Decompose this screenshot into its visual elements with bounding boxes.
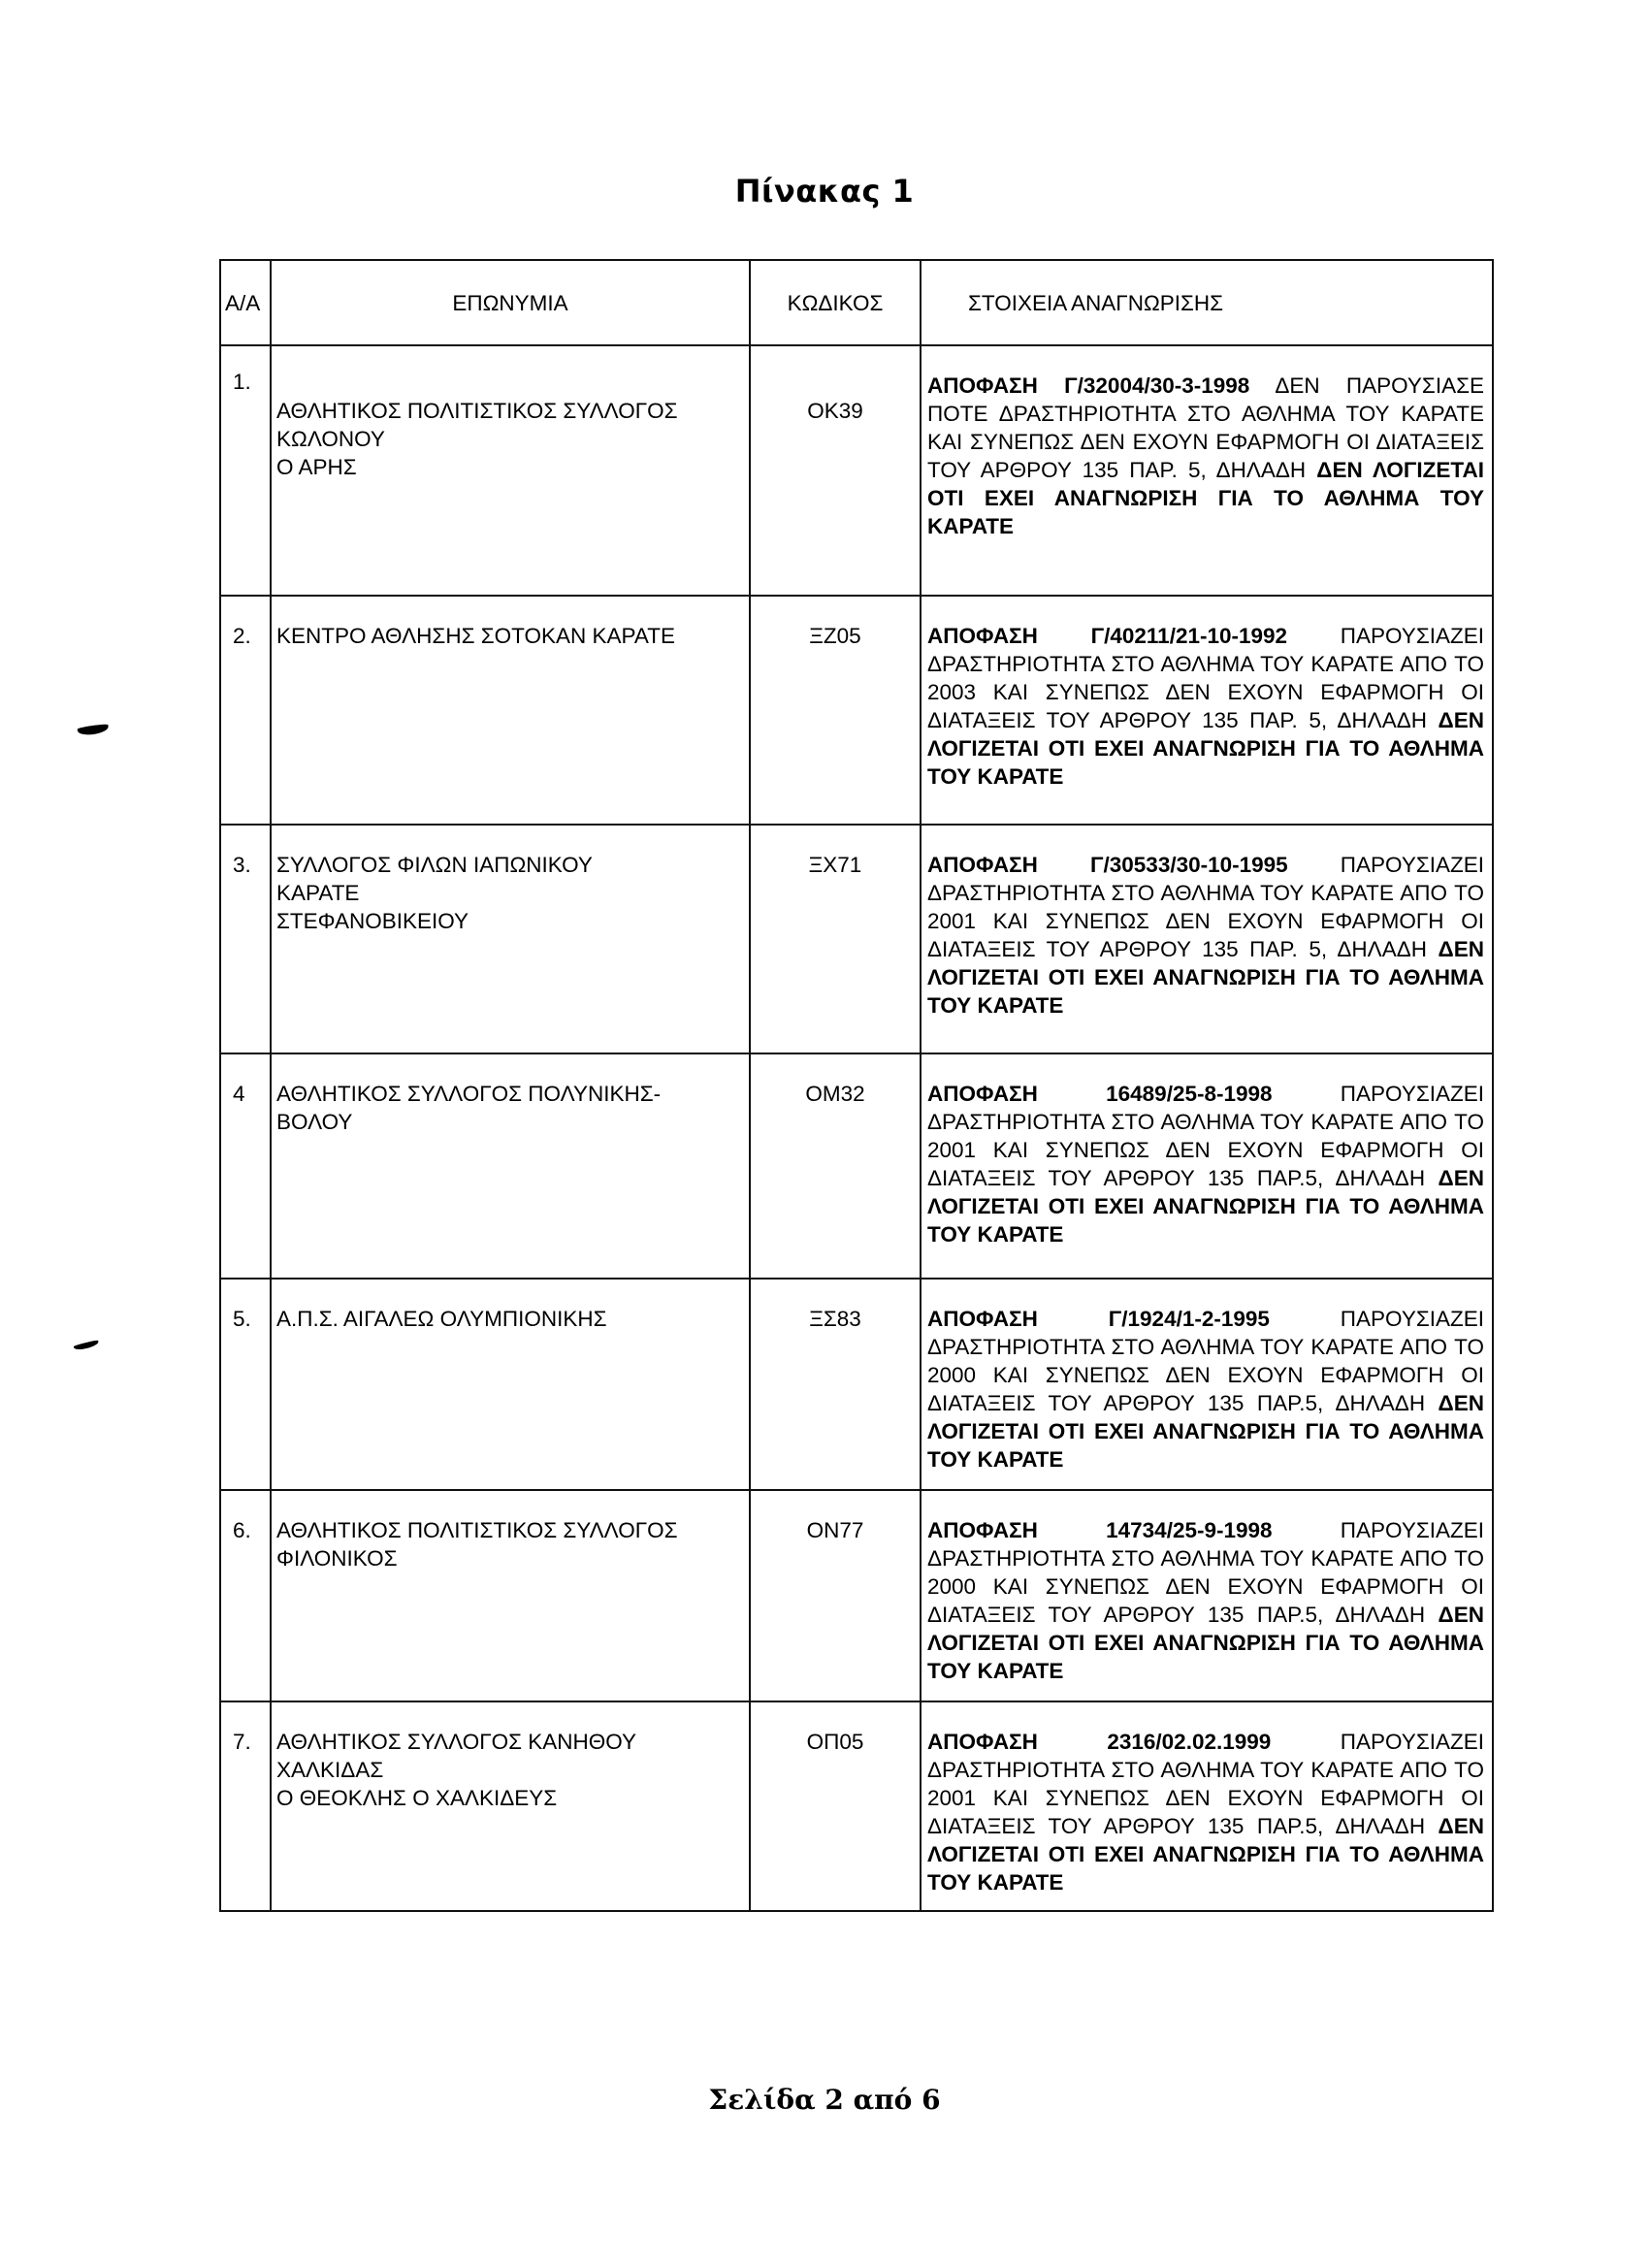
club-name-line: ΒΟΛΟΥ xyxy=(276,1108,741,1136)
table-header-row: Α/Α ΕΠΩΝΥΜΙΑ ΚΩΔΙΚΟΣ ΣΤΟΙΧΕΙΑ ΑΝΑΓΝΩΡΙΣΗ… xyxy=(220,260,1493,345)
decision-reference: 2316/02.02.1999 xyxy=(1107,1730,1271,1754)
clubs-table: Α/Α ΕΠΩΝΥΜΙΑ ΚΩΔΙΚΟΣ ΣΤΟΙΧΕΙΑ ΑΝΑΓΝΩΡΙΣΗ… xyxy=(219,259,1494,1912)
scan-mark xyxy=(78,724,110,736)
decision-reference: 14734/25-9-1998 xyxy=(1106,1518,1272,1542)
club-name: Α.Π.Σ. ΑΙΓΑΛΕΩ ΟΛΥΜΠΙΟΝΙΚΗΣ xyxy=(271,1279,750,1490)
club-name-line: ΑΘΛΗΤΙΚΟΣ ΣΥΛΛΟΓΟΣ ΚΑΝΗΘΟΥ xyxy=(276,1728,741,1756)
row-number: 7. xyxy=(220,1701,271,1911)
club-name: ΚΕΝΤΡΟ ΑΘΛΗΣΗΣ ΣΟΤΟΚΑΝ ΚΑΡΑΤΕ xyxy=(271,596,750,825)
club-code: ΟΚ39 xyxy=(750,345,921,596)
recognition-info: ΑΠΟΦΑΣΗ 14734/25-9-1998 ΠΑΡΟΥΣΙΑΖΕΙ ΔΡΑΣ… xyxy=(921,1490,1493,1701)
row-number: 5. xyxy=(220,1279,271,1490)
scan-mark xyxy=(74,1340,100,1351)
club-name-line: ΣΤΕΦΑΝΟΒΙΚΕΙΟΥ xyxy=(276,907,741,935)
decision-reference: Γ/40211/21-10-1992 xyxy=(1091,624,1287,648)
club-code: ΟΜ32 xyxy=(750,1053,921,1279)
club-code: ΞΣ83 xyxy=(750,1279,921,1490)
row-number: 3. xyxy=(220,825,271,1053)
table-row: 4 ΑΘΛΗΤΙΚΟΣ ΣΥΛΛΟΓΟΣ ΠΟΛΥΝΙΚΗΣ-ΒΟΛΟΥ ΟΜ3… xyxy=(220,1053,1493,1279)
club-name-line: ΣΥΛΛΟΓΟΣ ΦΙΛΩΝ ΙΑΠΩΝΙΚΟΥ xyxy=(276,851,741,879)
table-row: 5. Α.Π.Σ. ΑΙΓΑΛΕΩ ΟΛΥΜΠΙΟΝΙΚΗΣ ΞΣ83 ΑΠΟΦ… xyxy=(220,1279,1493,1490)
table-row: 6. ΑΘΛΗΤΙΚΟΣ ΠΟΛΙΤΙΣΤΙΚΟΣ ΣΥΛΛΟΓΟΣΦΙΛΟΝΙ… xyxy=(220,1490,1493,1701)
row-number: 2. xyxy=(220,596,271,825)
club-name-line: ΚΩΛΟΝΟΥ xyxy=(276,425,741,453)
club-name: ΑΘΛΗΤΙΚΟΣ ΠΟΛΙΤΙΣΤΙΚΟΣ ΣΥΛΛΟΓΟΣΚΩΛΟΝΟΥΟ … xyxy=(271,345,750,596)
header-aa: Α/Α xyxy=(220,260,271,345)
recognition-info: ΑΠΟΦΑΣΗ Γ/40211/21-10-1992 ΠΑΡΟΥΣΙΑΖΕΙ Δ… xyxy=(921,596,1493,825)
club-code: ΟΝ77 xyxy=(750,1490,921,1701)
decision-label: ΑΠΟΦΑΣΗ xyxy=(927,853,1038,877)
club-name-line: ΦΙΛΟΝΙΚΟΣ xyxy=(276,1544,741,1572)
table-row: 7. ΑΘΛΗΤΙΚΟΣ ΣΥΛΛΟΓΟΣ ΚΑΝΗΘΟΥΧΑΛΚΙΔΑΣΟ Θ… xyxy=(220,1701,1493,1911)
decision-label: ΑΠΟΦΑΣΗ xyxy=(927,373,1038,398)
table-row: 1. ΑΘΛΗΤΙΚΟΣ ΠΟΛΙΤΙΣΤΙΚΟΣ ΣΥΛΛΟΓΟΣΚΩΛΟΝΟ… xyxy=(220,345,1493,596)
club-name-line: ΧΑΛΚΙΔΑΣ xyxy=(276,1756,741,1784)
recognition-info: ΑΠΟΦΑΣΗ Γ/32004/30-3-1998 ΔΕΝ ΠΑΡΟΥΣΙΑΣΕ… xyxy=(921,345,1493,596)
row-number: 6. xyxy=(220,1490,271,1701)
decision-reference: 16489/25-8-1998 xyxy=(1106,1082,1272,1106)
row-number: 1. xyxy=(220,345,271,596)
club-code: ΞΧ71 xyxy=(750,825,921,1053)
decision-reference: Γ/1924/1-2-1995 xyxy=(1109,1307,1270,1331)
club-name-line: ΑΘΛΗΤΙΚΟΣ ΠΟΛΙΤΙΣΤΙΚΟΣ ΣΥΛΛΟΓΟΣ xyxy=(276,1516,741,1544)
club-name-line: Ο ΘΕΟΚΛΗΣ Ο ΧΑΛΚΙΔΕΥΣ xyxy=(276,1784,741,1812)
header-code: ΚΩΔΙΚΟΣ xyxy=(750,260,921,345)
decision-label: ΑΠΟΦΑΣΗ xyxy=(927,1082,1038,1106)
recognition-info: ΑΠΟΦΑΣΗ Γ/1924/1-2-1995 ΠΑΡΟΥΣΙΑΖΕΙ ΔΡΑΣ… xyxy=(921,1279,1493,1490)
club-name: ΑΘΛΗΤΙΚΟΣ ΣΥΛΛΟΓΟΣ ΚΑΝΗΘΟΥΧΑΛΚΙΔΑΣΟ ΘΕΟΚ… xyxy=(271,1701,750,1911)
page-footer: Σελίδα 2 από 6 xyxy=(0,2084,1649,2116)
decision-reference: Γ/30533/30-10-1995 xyxy=(1090,853,1288,877)
decision-label: ΑΠΟΦΑΣΗ xyxy=(927,1307,1038,1331)
header-name: ΕΠΩΝΥΜΙΑ xyxy=(271,260,750,345)
table-body: 1. ΑΘΛΗΤΙΚΟΣ ΠΟΛΙΤΙΣΤΙΚΟΣ ΣΥΛΛΟΓΟΣΚΩΛΟΝΟ… xyxy=(220,345,1493,1911)
decision-label: ΑΠΟΦΑΣΗ xyxy=(927,1518,1038,1542)
row-number: 4 xyxy=(220,1053,271,1279)
club-name-line: Α.Π.Σ. ΑΙΓΑΛΕΩ ΟΛΥΜΠΙΟΝΙΚΗΣ xyxy=(276,1305,741,1333)
club-name: ΑΘΛΗΤΙΚΟΣ ΣΥΛΛΟΓΟΣ ΠΟΛΥΝΙΚΗΣ-ΒΟΛΟΥ xyxy=(271,1053,750,1279)
club-code: ΞΖ05 xyxy=(750,596,921,825)
recognition-info: ΑΠΟΦΑΣΗ Γ/30533/30-10-1995 ΠΑΡΟΥΣΙΑΖΕΙ Δ… xyxy=(921,825,1493,1053)
club-name-line: ΚΕΝΤΡΟ ΑΘΛΗΣΗΣ ΣΟΤΟΚΑΝ ΚΑΡΑΤΕ xyxy=(276,622,741,650)
club-name-line: ΑΘΛΗΤΙΚΟΣ ΠΟΛΙΤΙΣΤΙΚΟΣ ΣΥΛΛΟΓΟΣ xyxy=(276,397,741,425)
recognition-info: ΑΠΟΦΑΣΗ 16489/25-8-1998 ΠΑΡΟΥΣΙΑΖΕΙ ΔΡΑΣ… xyxy=(921,1053,1493,1279)
club-name: ΑΘΛΗΤΙΚΟΣ ΠΟΛΙΤΙΣΤΙΚΟΣ ΣΥΛΛΟΓΟΣΦΙΛΟΝΙΚΟΣ xyxy=(271,1490,750,1701)
club-name-line: ΑΘΛΗΤΙΚΟΣ ΣΥΛΛΟΓΟΣ ΠΟΛΥΝΙΚΗΣ- xyxy=(276,1080,741,1108)
decision-label: ΑΠΟΦΑΣΗ xyxy=(927,624,1038,648)
clubs-table-container: Α/Α ΕΠΩΝΥΜΙΑ ΚΩΔΙΚΟΣ ΣΤΟΙΧΕΙΑ ΑΝΑΓΝΩΡΙΣΗ… xyxy=(219,259,1492,1912)
header-info: ΣΤΟΙΧΕΙΑ ΑΝΑΓΝΩΡΙΣΗΣ xyxy=(921,260,1493,345)
recognition-info: ΑΠΟΦΑΣΗ 2316/02.02.1999 ΠΑΡΟΥΣΙΑΖΕΙ ΔΡΑΣ… xyxy=(921,1701,1493,1911)
club-name-line: ΚΑΡΑΤΕ xyxy=(276,879,741,907)
decision-reference: Γ/32004/30-3-1998 xyxy=(1064,373,1249,398)
page-title: Πίνακας 1 xyxy=(0,173,1649,210)
table-row: 2. ΚΕΝΤΡΟ ΑΘΛΗΣΗΣ ΣΟΤΟΚΑΝ ΚΑΡΑΤΕ ΞΖ05 ΑΠ… xyxy=(220,596,1493,825)
club-name-line: Ο ΑΡΗΣ xyxy=(276,453,741,481)
table-row: 3. ΣΥΛΛΟΓΟΣ ΦΙΛΩΝ ΙΑΠΩΝΙΚΟΥΚΑΡΑΤΕΣΤΕΦΑΝΟ… xyxy=(220,825,1493,1053)
decision-label: ΑΠΟΦΑΣΗ xyxy=(927,1730,1038,1754)
club-code: ΟΠ05 xyxy=(750,1701,921,1911)
club-name: ΣΥΛΛΟΓΟΣ ΦΙΛΩΝ ΙΑΠΩΝΙΚΟΥΚΑΡΑΤΕΣΤΕΦΑΝΟΒΙΚ… xyxy=(271,825,750,1053)
